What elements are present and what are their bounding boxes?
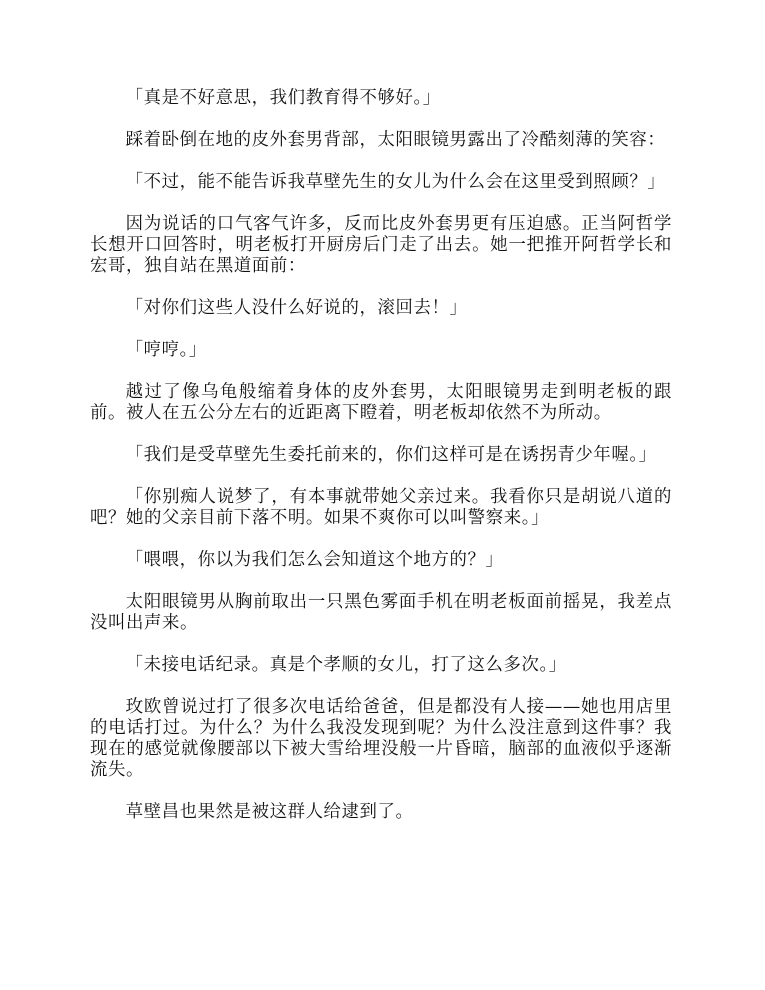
paragraph-8: 「我们是受草壁先生委托前来的，你们这样可是在诱拐青少年喔。」 [90,445,672,466]
paragraph-1: 「真是不好意思，我们教育得不够好。」 [90,88,672,109]
paragraph-2: 踩着卧倒在地的皮外套男背部，太阳眼镜男露出了冷酷刻薄的笑容： [90,130,672,151]
paragraph-9: 「你别痴人说梦了，有本事就带她父亲过来。我看你只是胡说八道的吧？她的父亲目前下落… [90,487,672,529]
paragraph-5: 「对你们这些人没什么好说的，滚回去！」 [90,298,672,319]
paragraph-6: 「哼哼。」 [90,340,672,361]
document-page: 「真是不好意思，我们教育得不够好。」 踩着卧倒在地的皮外套男背部，太阳眼镜男露出… [90,88,672,844]
paragraph-11: 太阳眼镜男从胸前取出一只黑色雾面手机在明老板面前摇晃，我差点没叫出声来。 [90,592,672,634]
paragraph-14: 草壁昌也果然是被这群人给逮到了。 [90,802,672,823]
paragraph-12: 「未接电话纪录。真是个孝顺的女儿，打了这么多次。」 [90,655,672,676]
paragraph-4: 因为说话的口气客气许多，反而比皮外套男更有压迫感。正当阿哲学长想开口回答时，明老… [90,214,672,277]
paragraph-7: 越过了像乌龟般缩着身体的皮外套男，太阳眼镜男走到明老板的跟前。被人在五公分左右的… [90,382,672,424]
paragraph-10: 「喂喂，你以为我们怎么会知道这个地方的？」 [90,550,672,571]
paragraph-13: 玫欧曾说过打了很多次电话给爸爸，但是都没有人接——她也用店里的电话打过。为什么？… [90,697,672,781]
paragraph-3: 「不过，能不能告诉我草壁先生的女儿为什么会在这里受到照顾？」 [90,172,672,193]
